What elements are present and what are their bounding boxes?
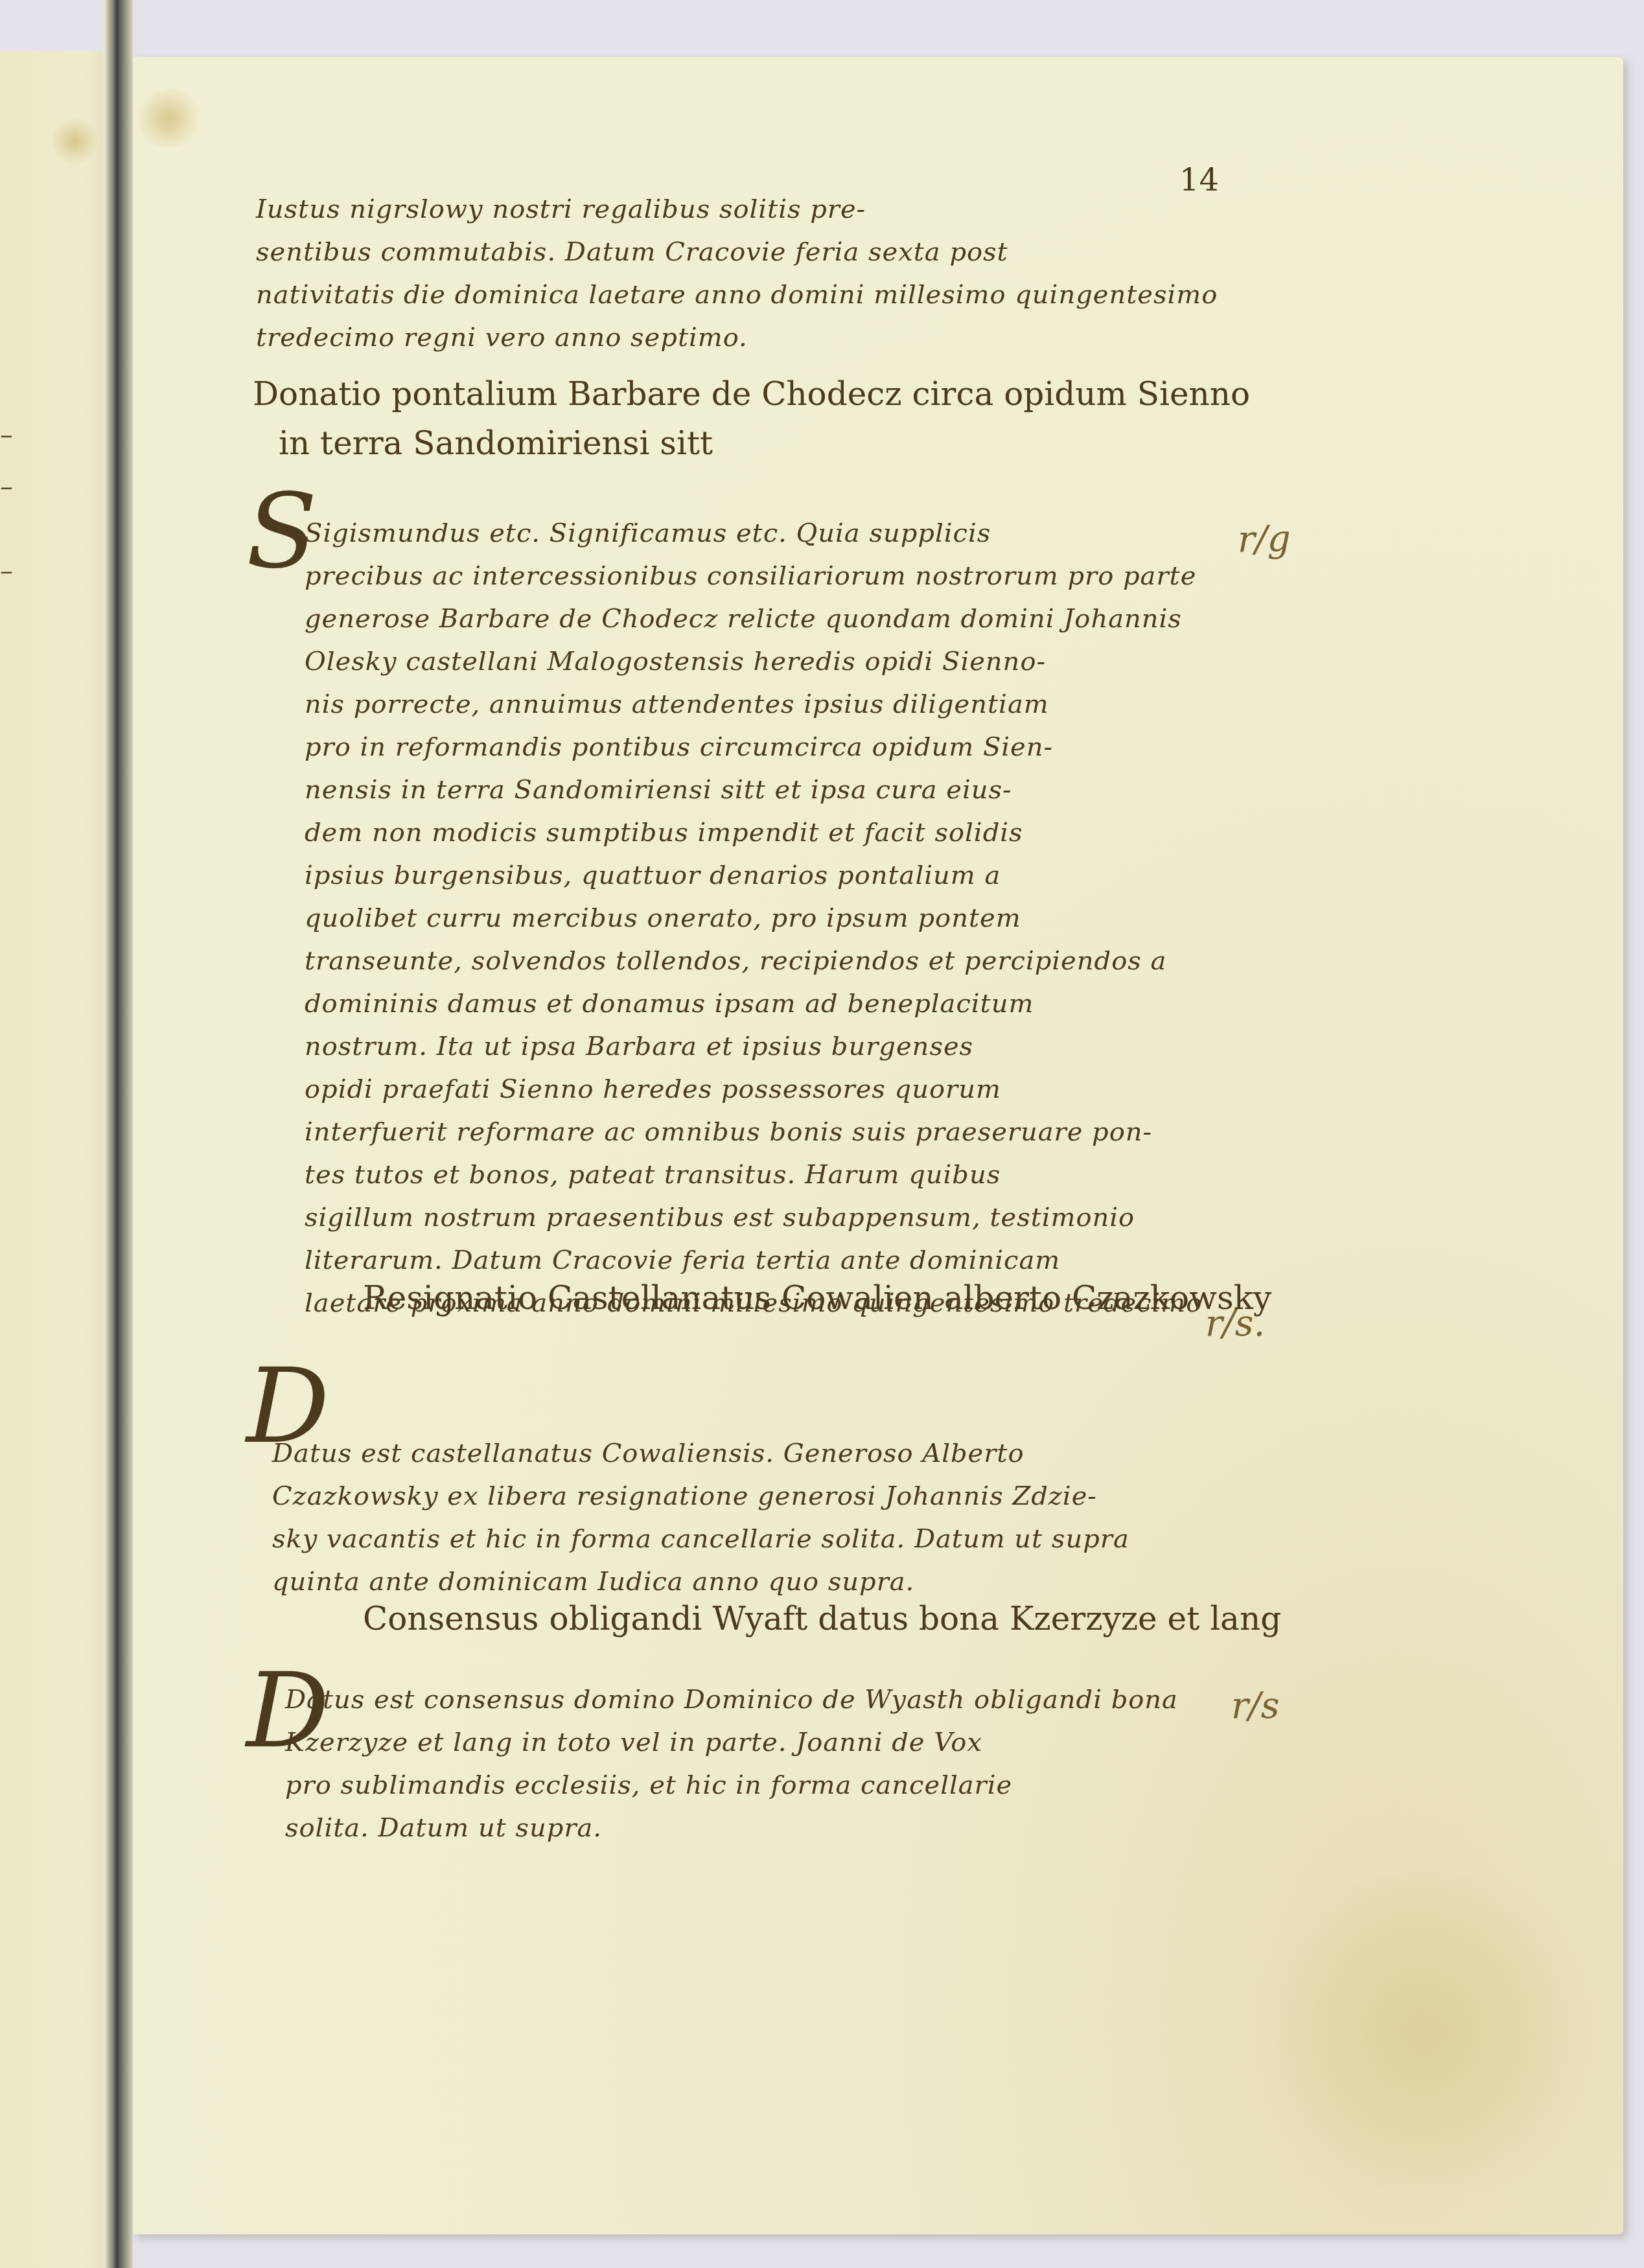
stain: [1234, 1871, 1623, 2195]
text-line: pro sublimandis ecclesiis, et hic in for…: [285, 1764, 1178, 1807]
text-line: transeunte, solvendos tollendos, recipie…: [305, 940, 1202, 982]
text-line: Olesky castellani Malogostensis heredis …: [305, 640, 1202, 683]
text-line: sky vacantis et hic in forma cancellarie…: [272, 1518, 1129, 1560]
text-line: nativitatis die dominica laetare anno do…: [256, 273, 1218, 316]
text-line: quolibet curru mercibus onerato, pro ips…: [305, 897, 1202, 940]
stain: [133, 89, 204, 148]
text-line: nensis in terra Sandomiriensi sitt et ip…: [305, 769, 1202, 811]
text-line: solita. Datum ut supra.: [285, 1807, 1178, 1849]
text-line: tredecimo regni vero anno septimo.: [256, 316, 1218, 359]
margin-note: r/s.: [1205, 1302, 1265, 1345]
text-line: sigillum nostrum praesentibus est subapp…: [305, 1196, 1202, 1239]
text-line: pro in reformandis pontibus circumcirca …: [305, 726, 1202, 769]
text-line: interfuerit reformare ac omnibus bonis s…: [305, 1111, 1202, 1153]
text-line: tes tutos et bonos, pateat transitus. Ha…: [305, 1153, 1202, 1196]
text-line: generose Barbare de Chodecz relicte quon…: [305, 597, 1202, 640]
text-line: Sigismundus etc. Significamus etc. Quia …: [305, 512, 1202, 555]
text-line: sentibus commutabis. Datum Cracovie feri…: [256, 231, 1218, 273]
closing-paragraph: Iustus nigrslowy nostri regalibus soliti…: [256, 188, 1218, 359]
heading-line: Consensus obligandi Wyaft datus bona Kze…: [363, 1594, 1281, 1643]
heading-line: in terra Sandomiriensi sitt: [253, 419, 1250, 468]
text-line: opidi praefati Sienno heredes possessore…: [305, 1068, 1202, 1111]
margin-note: r/g: [1238, 518, 1290, 561]
left-page-scribble: –: [0, 556, 13, 586]
margin-note: r/s: [1231, 1685, 1279, 1727]
text-line: nostrum. Ita ut ipsa Barbara et ipsius b…: [305, 1025, 1202, 1068]
entry-heading: Donatio pontalium Barbare de Chodecz cir…: [253, 369, 1250, 468]
text-line: domininis damus et donamus ipsam ad bene…: [305, 982, 1202, 1025]
text-line: dem non modicis sumptibus impendit et fa…: [305, 811, 1202, 854]
text-line: nis porrecte, annuimus attendentes ipsiu…: [305, 683, 1202, 726]
text-line: Datus est castellanatus Cowaliensis. Gen…: [272, 1432, 1129, 1475]
left-page-scribble: –: [0, 420, 13, 450]
text-line: precibus ac intercessionibus consiliario…: [305, 555, 1202, 597]
body-paragraph: Datus est castellanatus Cowaliensis. Gen…: [272, 1432, 1129, 1603]
text-line: Datus est consensus domino Dominico de W…: [285, 1678, 1178, 1721]
stain: [52, 115, 97, 167]
body-paragraph: Sigismundus etc. Significamus etc. Quia …: [305, 512, 1202, 1325]
left-page-scribble: –: [0, 472, 13, 502]
book-gutter: [104, 0, 133, 2268]
text-line: Czazkowsky ex libera resignatione genero…: [272, 1475, 1129, 1518]
text-line: Kzerzyze et lang in toto vel in parte. J…: [285, 1721, 1178, 1764]
text-line: Iustus nigrslowy nostri regalibus soliti…: [256, 188, 1218, 231]
heading-line: Resignatio Castellanatus Cowalien albert…: [363, 1273, 1271, 1323]
body-paragraph: Datus est consensus domino Dominico de W…: [285, 1678, 1178, 1849]
facing-page-left: – – –: [0, 51, 104, 2268]
entry-heading: Resignatio Castellanatus Cowalien albert…: [363, 1273, 1271, 1323]
entry-heading: Consensus obligandi Wyaft datus bona Kze…: [363, 1594, 1281, 1643]
text-line: ipsius burgensibus, quattuor denarios po…: [305, 854, 1202, 897]
heading-line: Donatio pontalium Barbare de Chodecz cir…: [253, 369, 1250, 419]
